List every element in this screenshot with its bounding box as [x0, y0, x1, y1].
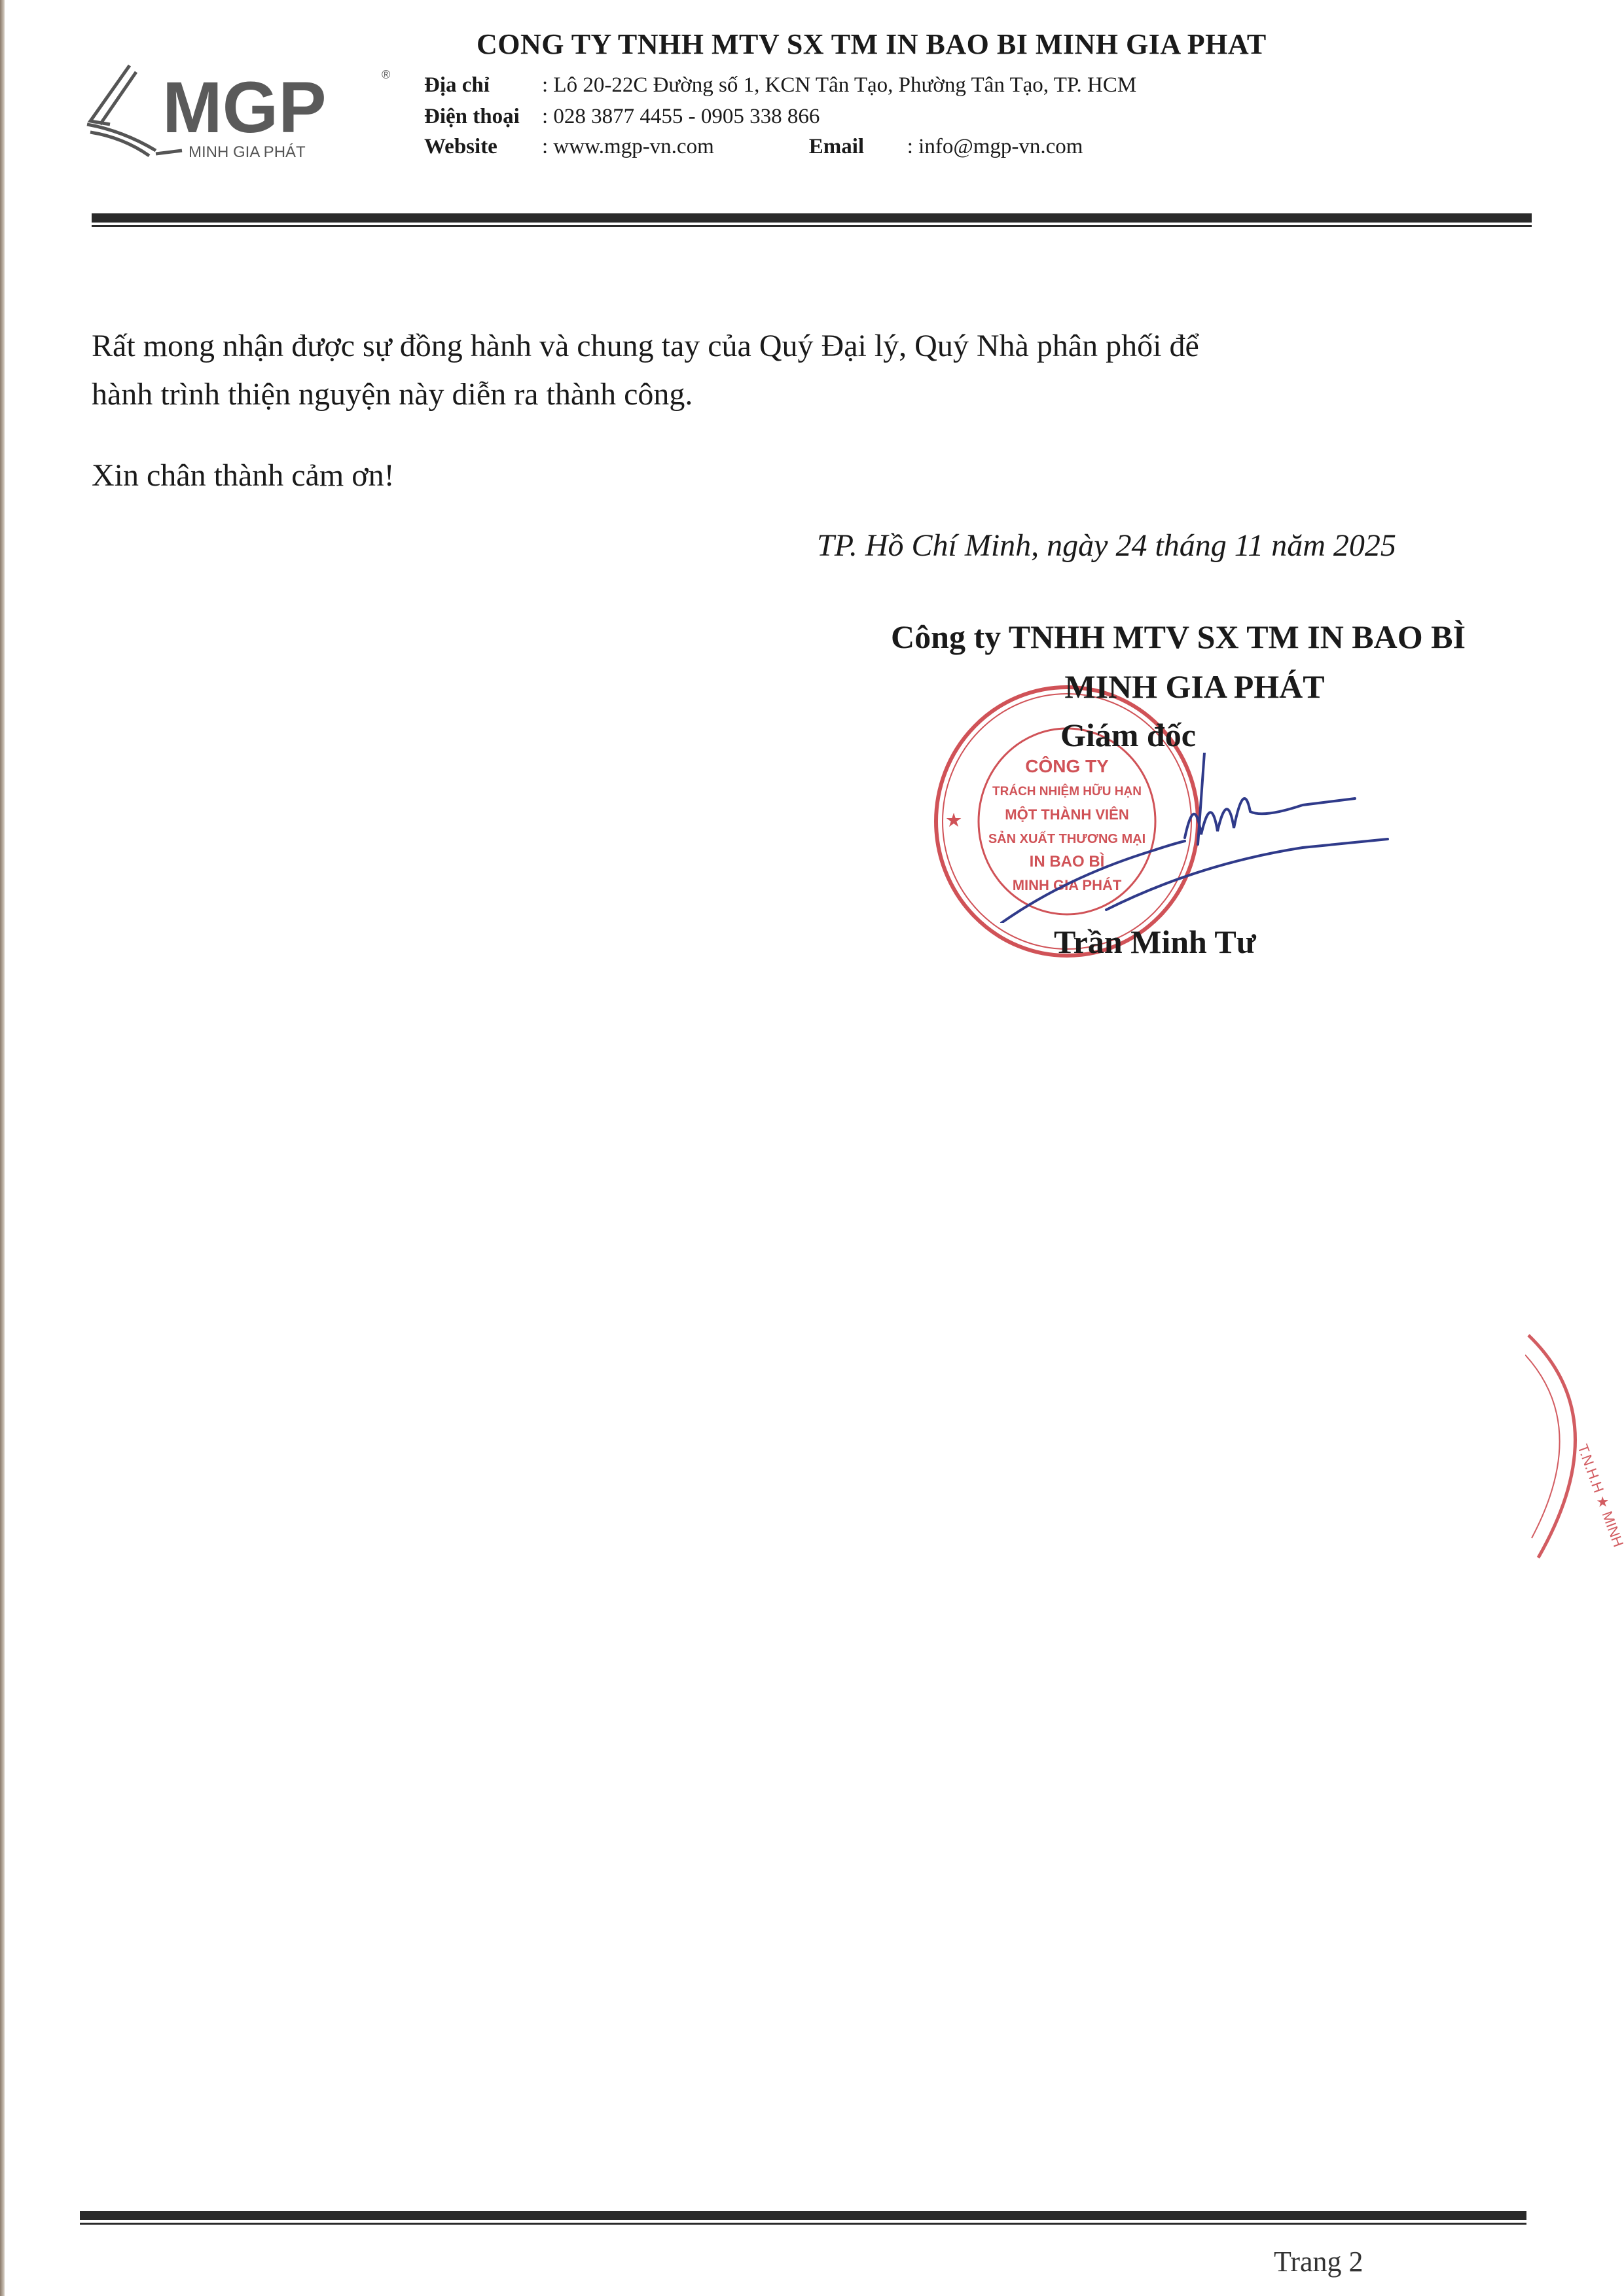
- thanks-text: Xin chân thành cảm ơn!: [92, 452, 1499, 500]
- phone-label: Điện thoại: [424, 105, 542, 129]
- book-pages-icon: [87, 65, 156, 156]
- address-label: Địa chỉ: [424, 73, 542, 98]
- closing-line-1: Rất mong nhận được sự đồng hành và chung…: [92, 322, 1499, 370]
- address-row: Địa chỉ: Lô 20-22C Đường số 1, KCN Tân T…: [424, 73, 1136, 98]
- email-value[interactable]: : info@mgp-vn.com: [907, 135, 1083, 159]
- svg-text:MGP: MGP: [162, 67, 327, 148]
- signer-name: Trần Minh Tư: [1054, 923, 1256, 961]
- handwritten-signature: [936, 753, 1394, 923]
- signatory-company-line-1: Công ty TNHH MTV SX TM IN BAO BÌ: [805, 612, 1551, 662]
- svg-text:MINH GIA PHÁT: MINH GIA PHÁT: [189, 143, 306, 161]
- website-value[interactable]: : www.mgp-vn.com: [542, 135, 714, 159]
- header-divider: [92, 213, 1532, 223]
- company-title: CONG TY TNHH MTV SX TM IN BAO BI MINH GI…: [477, 27, 1267, 61]
- address-value: : Lô 20-22C Đường số 1, KCN Tân Tạo, Phư…: [542, 73, 1136, 98]
- website-row: Website: www.mgp-vn.comEmail: info@mgp-v…: [424, 135, 1083, 159]
- signatory-role: Giám đốc: [1060, 716, 1196, 754]
- svg-text:T.N.H.H ★ MINH: T.N.H.H ★ MINH: [1574, 1442, 1624, 1549]
- date-line: TP. Hồ Chí Minh, ngày 24 tháng 11 năm 20…: [817, 528, 1396, 564]
- svg-text:®: ®: [382, 68, 390, 81]
- mgp-logo: MGP ® MINH GIA PHÁT: [84, 59, 391, 164]
- phone-value: : 028 3877 4455 - 0905 338 866: [542, 105, 820, 129]
- website-label: Website: [424, 135, 542, 159]
- closing-line-2: hành trình thiện nguyện này diễn ra thàn…: [92, 370, 1499, 419]
- signatory-company: Công ty TNHH MTV SX TM IN BAO BÌ MINH GI…: [805, 612, 1551, 711]
- footer-divider: [80, 2211, 1526, 2220]
- page-number: Trang 2: [1274, 2245, 1363, 2278]
- closing-paragraph: Rất mong nhận được sự đồng hành và chung…: [92, 322, 1499, 419]
- overlap-seal-stamp: T.N.H.H ★ MINH: [1525, 1329, 1624, 1564]
- email-label: Email: [809, 135, 907, 159]
- signatory-company-line-2: MINH GIA PHÁT: [838, 662, 1551, 711]
- phone-row: Điện thoại: 028 3877 4455 - 0905 338 866: [424, 105, 820, 129]
- scan-edge: [0, 0, 5, 2296]
